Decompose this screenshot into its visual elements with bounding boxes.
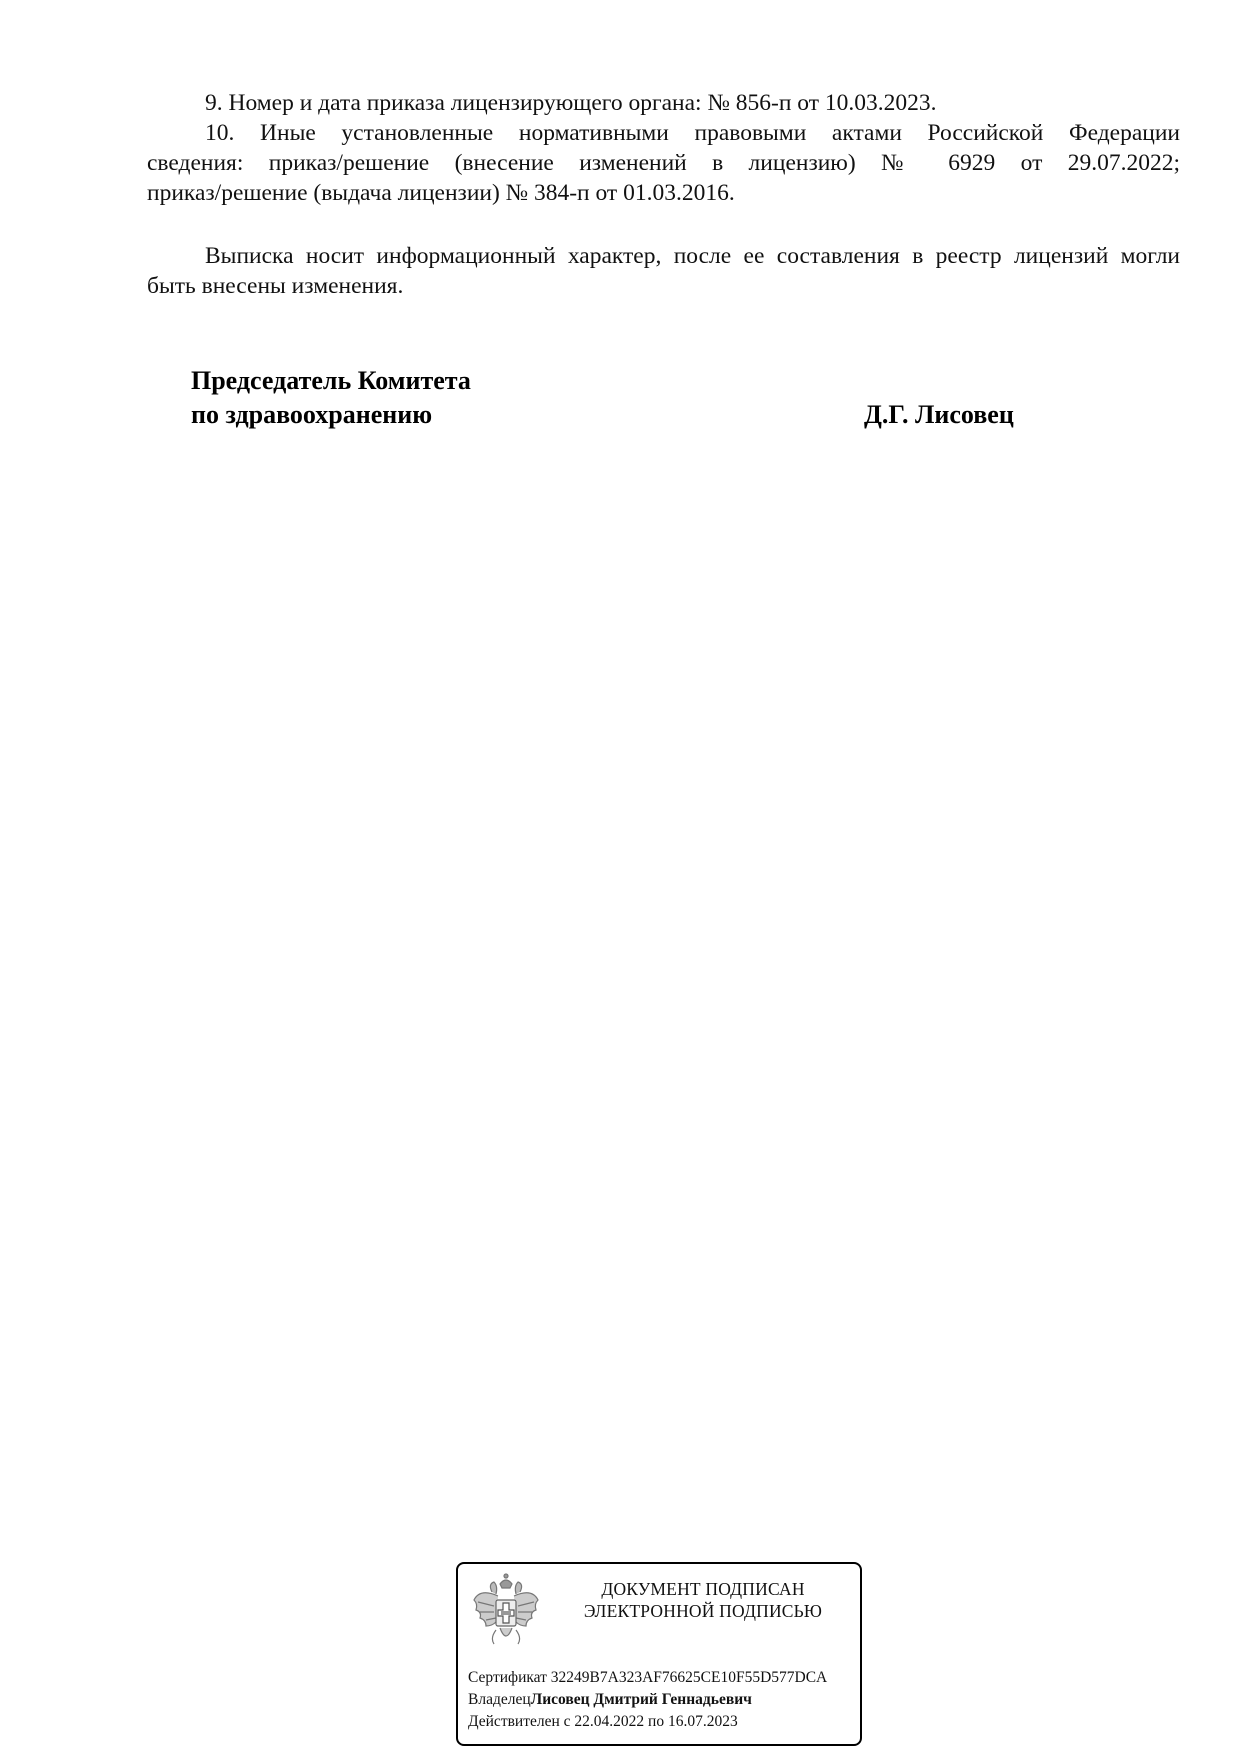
owner-label: Владелец [468,1691,531,1708]
valid-label: Действителен с [468,1713,571,1730]
item-10-line-2-text: сведения: приказ/решение (внесение измен… [147,150,1180,176]
electronic-signature-stamp: ДОКУМЕНТ ПОДПИСАН ЭЛЕКТРОННОЙ ПОДПИСЬЮ С… [456,1562,862,1746]
stamp-title: ДОКУМЕНТ ПОДПИСАН ЭЛЕКТРОННОЙ ПОДПИСЬЮ [558,1578,848,1622]
stamp-title-line-1: ДОКУМЕНТ ПОДПИСАН [558,1578,848,1600]
item-9-order-number: 9. Номер и дата приказа лицензирующего о… [205,88,936,118]
document-page: 9. Номер и дата приказа лицензирующего о… [0,0,1241,1755]
notice-line-2: быть внесены изменения. [147,271,403,301]
item-10-line-2: сведения: приказ/решение (внесение измен… [147,148,1180,178]
signatory-position-line-2: по здравоохранению [191,398,432,432]
certificate-value: 32249B7A323AF76625CE10F55D577DCA [551,1669,827,1686]
item-10-line-1-text: 10. Иные установленные нормативными прав… [205,120,1180,146]
stamp-title-line-2: ЭЛЕКТРОННОЙ ПОДПИСЬЮ [558,1600,848,1622]
valid-to-label: по [648,1713,664,1730]
certificate-label: Сертификат [468,1669,547,1686]
signatory-name: Д.Г. Лисовец [864,398,1014,432]
owner-value: Лисовец Дмитрий Геннадьевич [531,1691,752,1708]
validity-row: Действителен с 22.04.2022 по 16.07.2023 [468,1712,738,1732]
item-10-line-3: приказ/решение (выдача лицензии) № 384-п… [147,178,735,208]
certificate-row: Сертификат 32249B7A323AF76625CE10F55D577… [468,1668,827,1688]
item-10-line-1: 10. Иные установленные нормативными прав… [205,118,1180,148]
signatory-position-line-1: Председатель Комитета [191,364,471,398]
valid-from: 22.04.2022 [574,1713,644,1730]
double-headed-eagle-emblem-icon [470,1570,542,1654]
valid-to: 16.07.2023 [668,1713,738,1730]
owner-row: ВладелецЛисовец Дмитрий Геннадьевич [468,1690,752,1710]
notice-line-1-text: Выписка носит информационный характер, п… [205,243,1180,269]
notice-line-1: Выписка носит информационный характер, п… [205,241,1180,271]
